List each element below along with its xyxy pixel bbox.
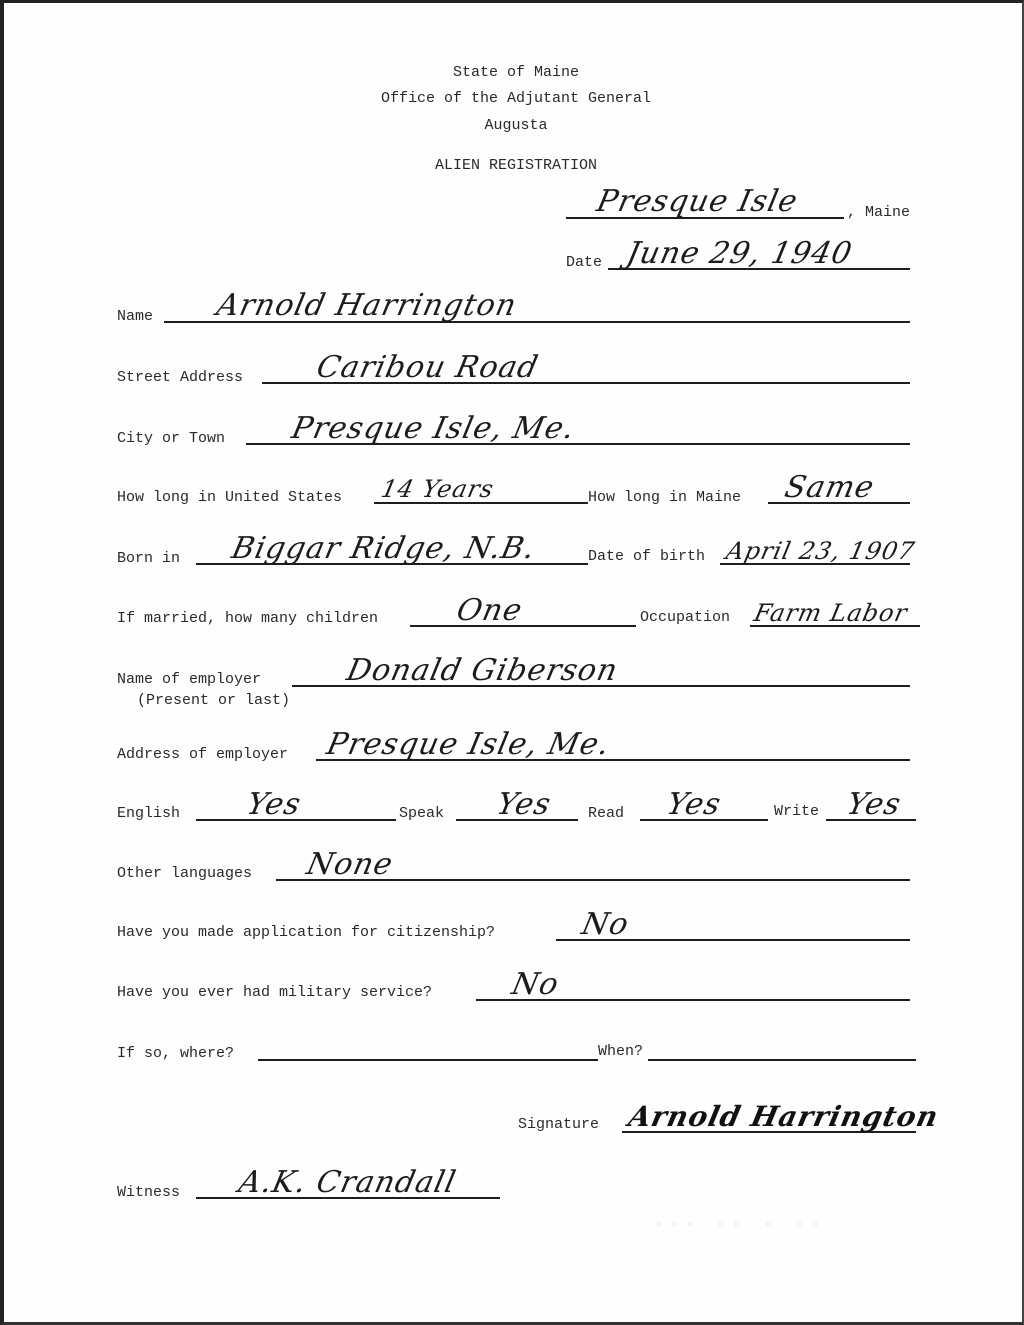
employer-address-value[interactable]: Presque Isle, Me. — [324, 730, 613, 760]
where-label: If so, where? — [117, 1046, 234, 1061]
children-underline — [410, 625, 636, 627]
name-value[interactable]: Arnold Harrington — [214, 291, 519, 321]
occupation-label: Occupation — [640, 610, 730, 625]
english-value[interactable]: Yes — [244, 790, 304, 820]
place-value[interactable]: Presque Isle — [594, 187, 800, 217]
when-label: When? — [598, 1044, 643, 1059]
where-underline — [258, 1059, 598, 1061]
name-label: Name — [117, 309, 153, 324]
speak-label: Speak — [399, 806, 444, 821]
english-label: English — [117, 806, 180, 821]
witness-label: Witness — [117, 1185, 180, 1200]
citizenship-value[interactable]: No — [579, 910, 632, 940]
military-service-value[interactable]: No — [509, 970, 562, 1000]
employer-name-value[interactable]: Donald Giberson — [344, 656, 621, 686]
city-label: City or Town — [117, 431, 225, 446]
signature-value[interactable]: Arnold Harrington — [626, 1103, 941, 1131]
date-of-birth-value[interactable]: April 23, 1907 — [724, 539, 917, 563]
signature-label: Signature — [518, 1117, 599, 1132]
form-title: ALIEN REGISTRATION — [4, 158, 1024, 173]
city-value[interactable]: Presque Isle, Me. — [289, 414, 578, 444]
read-value[interactable]: Yes — [664, 790, 724, 820]
other-languages-value[interactable]: None — [304, 850, 396, 880]
children-value[interactable]: One — [454, 596, 525, 626]
employer-name-label: Name of employer — [117, 672, 261, 687]
date-value[interactable]: June 29, 1940 — [624, 239, 855, 269]
employer-name-sublabel: (Present or last) — [137, 693, 290, 708]
faint-stamp-mark: ▫▫▫ ▫▫ ▫ ▫▫ — [654, 1216, 826, 1234]
write-value[interactable]: Yes — [844, 790, 904, 820]
read-label: Read — [588, 806, 624, 821]
military-service-label: Have you ever had military service? — [117, 985, 432, 1000]
date-label: Date — [566, 255, 602, 270]
how-long-maine-label: How long in Maine — [588, 490, 741, 505]
write-label: Write — [774, 804, 819, 819]
citizenship-label: Have you made application for citizenshi… — [117, 925, 495, 940]
born-in-value[interactable]: Biggar Ridge, N.B. — [229, 534, 538, 564]
occupation-value[interactable]: Farm Labor — [752, 601, 910, 625]
alien-registration-form: State of Maine Office of the Adjutant Ge… — [0, 0, 1024, 1325]
children-label: If married, how many children — [117, 611, 378, 626]
header-office: Office of the Adjutant General — [4, 91, 1024, 106]
witness-value[interactable]: A.K. Crandall — [236, 1168, 459, 1198]
street-address-value[interactable]: Caribou Road — [314, 353, 541, 383]
how-long-maine-value[interactable]: Same — [782, 473, 877, 503]
other-languages-label: Other languages — [117, 866, 252, 881]
header-city: Augusta — [4, 118, 1024, 133]
when-underline — [648, 1059, 916, 1061]
how-long-us-value[interactable]: 14 Years — [379, 477, 496, 501]
born-in-label: Born in — [117, 551, 180, 566]
employer-address-label: Address of employer — [117, 747, 288, 762]
how-long-us-label: How long in United States — [117, 490, 342, 505]
date-of-birth-label: Date of birth — [588, 549, 705, 564]
header-state: State of Maine — [4, 65, 1024, 80]
street-address-label: Street Address — [117, 370, 243, 385]
place-suffix: , Maine — [847, 205, 910, 220]
speak-value[interactable]: Yes — [494, 790, 554, 820]
